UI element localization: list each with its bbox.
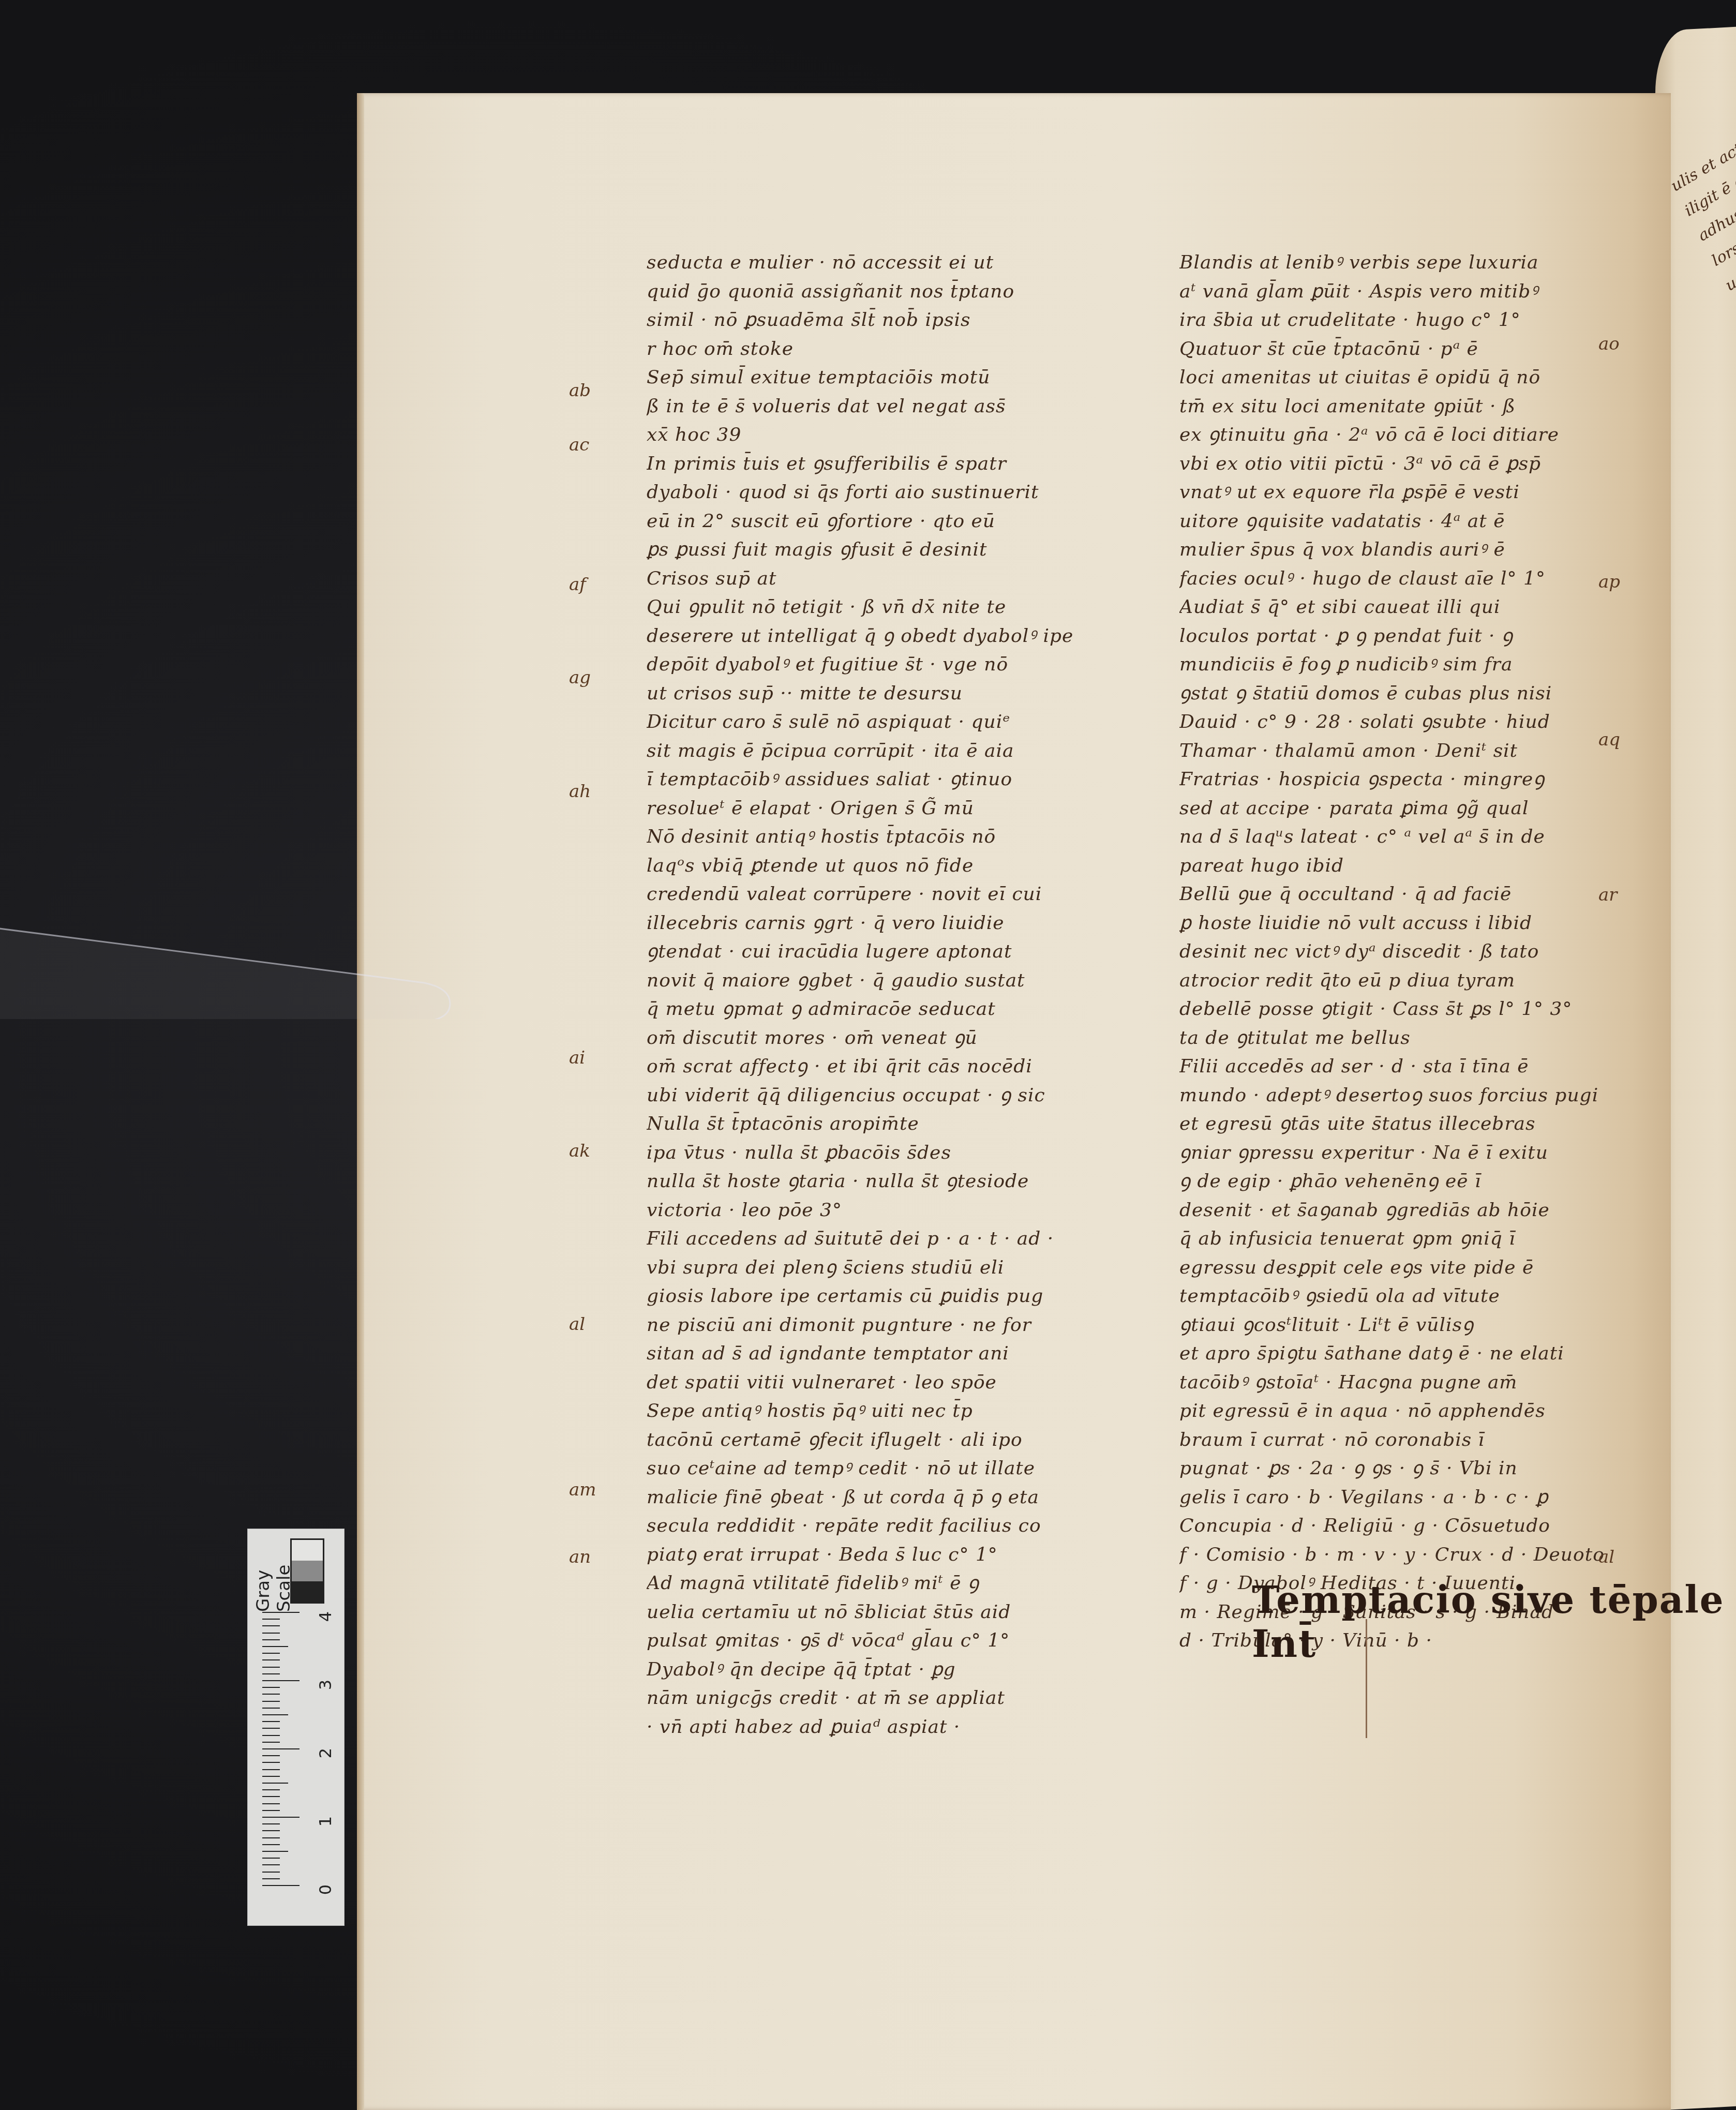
text-line: dyaboli · quod si q̄s forti aio sustinue… bbox=[647, 478, 1091, 507]
text-line: q̄ metu ꝯpmat ꝯ admiracōe seducat bbox=[647, 995, 1091, 1024]
text-line: sed at accipe · parata ꝑima ꝯg̃ qual bbox=[1179, 794, 1604, 823]
text-line: f · Comisio · b · m · v · y · Crux · d ·… bbox=[1179, 1540, 1604, 1569]
ruler-tick bbox=[262, 1858, 280, 1859]
ruler-tick bbox=[262, 1837, 280, 1838]
text-line: vbi supra dei plenꝯ s̄ciens studiū eli bbox=[647, 1253, 1091, 1282]
margin-foliation-left: ac bbox=[569, 435, 589, 455]
text-line: aᵗ vanā gl̄am ꝑūit · Aspis vero mitibꝰ bbox=[1179, 277, 1604, 306]
swatch-white bbox=[292, 1540, 323, 1561]
text-line: temptacōibꝰ ꝯsiedū ola ad vītute bbox=[1179, 1282, 1604, 1311]
text-line: Dyabolꝰ q̄n decipe q̄q̄ t̄ptat · ꝑg bbox=[647, 1655, 1091, 1684]
ruler-tick bbox=[262, 1769, 280, 1770]
text-line: · vn̄ apti habez ad ꝑuiaᵈ aspiat · bbox=[647, 1713, 1091, 1742]
text-line: eū in 2° suscit eū ꝯfortiore · qto eū bbox=[647, 507, 1091, 536]
decorative-flourish bbox=[1366, 1619, 1367, 1738]
ruler-number: 3 bbox=[316, 1680, 335, 1690]
ruler-tick bbox=[262, 1803, 280, 1804]
ruler-tick bbox=[262, 1667, 280, 1668]
text-line: mundiciis ē foꝯ ꝑ nudicibꝰ sim fra bbox=[1179, 650, 1604, 679]
ruler-tick bbox=[262, 1680, 300, 1681]
text-line: r hoc om̄ stoke bbox=[647, 335, 1091, 364]
text-line: et apro s̄pi​ꝯtu s̄athane datꝯ ē · ne el… bbox=[1179, 1339, 1604, 1368]
ruler-tick bbox=[262, 1659, 280, 1660]
ruler-tick bbox=[262, 1728, 280, 1729]
text-line: mundo · adeptꝰ desertoꝯ suos forcius pug… bbox=[1179, 1081, 1604, 1110]
text-line: om̄ discutit mores · om̄ veneat ꝯū bbox=[647, 1024, 1091, 1053]
ruler-number: 0 bbox=[316, 1884, 335, 1895]
text-line: sitan ad s̄ ad igndante temptator ani bbox=[647, 1339, 1091, 1368]
explicit-heading: Temptacio sive tēpale Int̄ bbox=[1252, 1578, 1736, 1666]
text-line: suo ceᵗaine ad tempꝰ cedit · nō ut illat… bbox=[647, 1454, 1091, 1483]
text-line: nām unigcḡs credit · at m̄ se appliat bbox=[647, 1684, 1091, 1713]
ruler-tick bbox=[262, 1646, 288, 1647]
text-line: Bellū ꝯue q̄ occultand · q̄ ad faciē bbox=[1179, 880, 1604, 909]
margin-foliation-right: ap bbox=[1598, 572, 1620, 592]
text-line: loci amenitas ut ciuitas ē opidū q̄ nō bbox=[1179, 363, 1604, 392]
text-line: facies oculꝰ · hugo de claust aīe l° 1° bbox=[1179, 564, 1604, 593]
ruler-label: Gray Scale bbox=[253, 1539, 284, 1612]
text-line: desenit · et s̄aꝯanab ꝯgrediās ab hōie bbox=[1179, 1196, 1604, 1225]
text-line: tacōnū certamē ꝯfecit iflugelt · ali ipo bbox=[647, 1426, 1091, 1455]
text-line: Crisos sup̄ at bbox=[647, 564, 1091, 593]
text-line: pareat hugo ibid bbox=[1179, 851, 1604, 880]
text-line: ubi viderit q̄q̄ diligencius occupat · ꝯ… bbox=[647, 1081, 1091, 1110]
ruler-tick bbox=[262, 1823, 280, 1824]
text-line: ꝑs ꝑussi fuit magis ꝯfusit ē desinit bbox=[647, 535, 1091, 564]
text-line: ꝯstat ꝯ s̄tatiū domos ē cubas plus nisi bbox=[1179, 679, 1604, 708]
gray-scale-ruler: Gray Scale 01234 bbox=[247, 1529, 345, 1926]
margin-foliation-left: ak bbox=[569, 1141, 590, 1161]
margin-foliation-left: am bbox=[569, 1479, 596, 1500]
text-line: na d s̄ laqᵘs lateat · c° ᵃ vel aᵃ s̄ in… bbox=[1179, 822, 1604, 851]
text-line: om̄ scrat affectꝯ · et ibi q̄rit cās noc… bbox=[647, 1052, 1091, 1081]
ruler-tick bbox=[262, 1776, 280, 1777]
text-line: ꝯtendat · cui iracūdia lugere aptonat bbox=[647, 937, 1091, 966]
ruler-tick bbox=[262, 1755, 280, 1756]
text-line: Filii accedēs ad ser · d · sta ī tīna ē bbox=[1179, 1052, 1604, 1081]
text-line: deserere ut intelligat q̄ ꝯ obedt dyabol… bbox=[647, 622, 1091, 651]
text-line: ta de ꝯtitulat me bellus bbox=[1179, 1024, 1604, 1053]
text-line: nulla s̄t hoste ꝯtaria · nulla s̄t ꝯtesi… bbox=[647, 1167, 1091, 1196]
ruler-tick bbox=[262, 1872, 280, 1873]
margin-foliation-left: an bbox=[569, 1547, 591, 1567]
text-line: tm̄ ex situ loci amenitate ꝯpiūt · ß bbox=[1179, 392, 1604, 421]
ruler-tick bbox=[262, 1639, 280, 1640]
text-line: Nulla s̄t t̄ptacōnis aropim̄te bbox=[647, 1110, 1091, 1139]
ruler-tick bbox=[262, 1619, 280, 1620]
ruler-tick bbox=[262, 1735, 280, 1736]
ruler-tick bbox=[262, 1789, 280, 1790]
text-line: ex ꝯtinuitu gn̄a · 2ᵃ vō cā ē loci ditia… bbox=[1179, 421, 1604, 450]
text-line: illecebris carnis ꝯgrt · q̄ vero liuidie bbox=[647, 909, 1091, 938]
text-line: Ad magnā vtilitatē fidelibꝰ miᵗ ē ꝯ bbox=[647, 1569, 1091, 1598]
ruler-tick bbox=[262, 1885, 300, 1886]
margin-foliation-left: af bbox=[569, 574, 586, 595]
text-line: egressu desꝑpit cele eꝯs vite pide ē bbox=[1179, 1253, 1604, 1282]
page-edge bbox=[357, 93, 364, 2110]
swatch-gray bbox=[292, 1561, 323, 1581]
text-line: In primis t̄uis et ꝯsuffe​ribilis ē spat… bbox=[647, 450, 1091, 478]
text-line: uitore ꝯquisite vadatatis · 4ᵃ at ē bbox=[1179, 507, 1604, 536]
text-line: ꝯniar ꝯpressu experitur · Na ē ī exitu bbox=[1179, 1139, 1604, 1168]
ruler-tick bbox=[262, 1701, 280, 1702]
ruler-tick bbox=[262, 1817, 300, 1818]
right-text-column: Blandis at lenibꝰ verbis sepe luxuriaaᵗ … bbox=[1179, 248, 1604, 1655]
facing-page-text: ulis et actha hoc niligit ē amā bonāadhu… bbox=[1666, 127, 1736, 374]
text-line: piatꝯ erat irrupat · Beda s̄ luc c° 1° bbox=[647, 1540, 1091, 1569]
text-line: ipa v̄tus · nulla s̄t ꝑbacōis s̄des bbox=[647, 1139, 1091, 1168]
text-line: braum ī currat · nō coronabis ī bbox=[1179, 1426, 1604, 1455]
ruler-tick bbox=[262, 1714, 288, 1715]
text-line: Sepe antiqꝰ hostis p̄qꝰ uiti nec t̄p bbox=[647, 1397, 1091, 1426]
text-line: vbi ex otio vitii pīctū · 3ᵃ vō cā ē ꝑsp… bbox=[1179, 450, 1604, 478]
text-line: sit magis ē p̄cipua corrūpit · ita ē aia bbox=[647, 737, 1091, 766]
text-line: atrocior redit q̄to eū p diua tyram bbox=[1179, 966, 1604, 995]
text-line: laqᵒs vbiq̄ ꝑtende ut quos nō fide bbox=[647, 851, 1091, 880]
text-line: ira s̄bia ut crudelitate · hugo c° 1° bbox=[1179, 306, 1604, 335]
text-line: Nō desinit antiqꝰ hostis t̄ptacōis nō bbox=[647, 822, 1091, 851]
ruler-tick bbox=[262, 1878, 280, 1879]
gray-swatches bbox=[290, 1538, 324, 1604]
ruler-tick bbox=[262, 1796, 280, 1797]
ruler-number: 4 bbox=[316, 1611, 335, 1622]
text-line: q̄ ab infusicia tenuerat ꝯpm ꝯniq̄ ī bbox=[1179, 1224, 1604, 1253]
margin-foliation-right: aq bbox=[1598, 729, 1620, 750]
margin-foliation-right: ar bbox=[1598, 885, 1618, 905]
text-line: secula reddidit · repāte redit facilius … bbox=[647, 1512, 1091, 1540]
text-line: quid ḡo quoniā assigñanit nos t̄ptano bbox=[647, 277, 1091, 306]
text-line: pit egressū ē in aqua · nō apphendēs bbox=[1179, 1397, 1604, 1426]
swatch-black bbox=[292, 1581, 323, 1602]
text-line: seducta e mulier · nō acce​ssit ei ut bbox=[647, 248, 1091, 277]
text-line: uelia certamīu ut nō s̄bliciat s̄tūs aid bbox=[647, 1598, 1091, 1627]
text-line: ī temptacōibꝰ assidue​s saliat · ꝯtinuo bbox=[647, 765, 1091, 794]
ruler-tick bbox=[262, 1721, 280, 1722]
margin-foliation-left: ag bbox=[569, 667, 591, 688]
text-line: Blandis at lenibꝰ verbis sepe luxuria bbox=[1179, 248, 1604, 277]
text-line: vnatꝰ ut ex equore r̄la ꝑsp̄ē ē vesti bbox=[1179, 478, 1604, 507]
text-line: ß in te ē s̄ volueris dat vel negat ass̄ bbox=[647, 392, 1091, 421]
text-line: debellē posse ꝯtigit · Cass s̄t ꝑs l° 1°… bbox=[1179, 995, 1604, 1024]
margin-foliation-right: al bbox=[1598, 1547, 1614, 1567]
ruler-tick bbox=[262, 1694, 280, 1695]
text-line: ꝯtiaui ꝯco​sᵗlituit · Liᵗt ē vūlisꝯ bbox=[1179, 1311, 1604, 1340]
ruler-tick bbox=[262, 1748, 300, 1749]
text-line: Quatuor s̄t cūe t̄ptacōnū · pᵃ ē bbox=[1179, 335, 1604, 364]
ruler-tick bbox=[262, 1673, 280, 1674]
text-line: gelis ī caro · b · Vegilans · a · b · c … bbox=[1179, 1483, 1604, 1512]
text-line: tacōibꝰ ꝯstoīaᵗ · Hacꝯna pugne am̄ bbox=[1179, 1368, 1604, 1397]
text-line: desinit nec victꝰ dyᵃ discedit · ß tato bbox=[1179, 937, 1604, 966]
text-line: det spatii vitii vulneraret · leo spōe bbox=[647, 1368, 1091, 1397]
text-line: Concupia · d · Religiū · g · Cōsuetudo bbox=[1179, 1512, 1604, 1540]
ruler-tick bbox=[262, 1687, 280, 1688]
margin-foliation-left: ai bbox=[569, 1047, 585, 1068]
text-line: ꝑ hoste liuidie nō vult accuss i libid bbox=[1179, 909, 1604, 938]
ruler-number: 2 bbox=[316, 1748, 335, 1758]
text-line: pugnat · ꝑs · 2a · ꝯ ꝯs · ꝯ s̄ · Vbi in bbox=[1179, 1454, 1604, 1483]
text-line: depōit dyabolꝰ et fugitiue s̄t · vge nō bbox=[647, 650, 1091, 679]
text-line: loculos portat · ꝑ ꝯ pendat fuit · ꝯ bbox=[1179, 622, 1604, 651]
ruler-tick bbox=[262, 1708, 280, 1709]
ruler-tick bbox=[262, 1742, 280, 1743]
plastic-page-holder bbox=[0, 916, 466, 1019]
text-line: giosis labore ipe certamis cū ꝑuidis pug bbox=[647, 1282, 1091, 1311]
text-line: Dauid · c° 9 · 28 · solati ꝯsubte · hiud bbox=[1179, 708, 1604, 737]
ruler-number: 1 bbox=[316, 1816, 335, 1827]
text-line: Audiat s̄ q̄° et sibi caueat illi qui bbox=[1179, 593, 1604, 622]
margin-foliation-left: ab bbox=[569, 380, 591, 401]
ruler-tick bbox=[262, 1844, 280, 1845]
text-line: credendū valeat corrūpere · novit eī cui bbox=[647, 880, 1091, 909]
margin-foliation-left: al bbox=[569, 1314, 585, 1335]
text-line: Fili accedens ad s̄uitutē dei p · a · t … bbox=[647, 1224, 1091, 1253]
margin-foliation-right: ao bbox=[1598, 334, 1620, 354]
ruler-tick bbox=[262, 1633, 280, 1634]
ruler-tick bbox=[262, 1851, 288, 1852]
text-line: Fratrias · hospicia ꝯspecta · mingreꝯ bbox=[1179, 765, 1604, 794]
ruler-tick bbox=[262, 1653, 280, 1654]
margin-foliation-left: ah bbox=[569, 781, 591, 802]
text-line: malicie finē ꝯbeat · ß ut corda q̄ p̄ ꝯ … bbox=[647, 1483, 1091, 1512]
text-line: ne pisciū ani dimonit pugnture · ne for bbox=[647, 1311, 1091, 1340]
text-line: mulier s̄pus q̄ vox blandis auriꝰ ē bbox=[1179, 535, 1604, 564]
text-line: et egresū ꝯtās uite s̄tatus illecebras bbox=[1179, 1110, 1604, 1139]
ruler-tick bbox=[262, 1830, 280, 1831]
text-line: novit q̄ maiore ꝯgbet · q̄ gaudio sustat bbox=[647, 966, 1091, 995]
ruler-tick bbox=[262, 1783, 288, 1784]
ruler-tick bbox=[262, 1762, 280, 1763]
left-text-column: seducta e mulier · nō acce​ssit ei utqui… bbox=[647, 248, 1091, 1741]
ruler-tick bbox=[262, 1864, 280, 1865]
text-line: pulsat ꝯmitas · ꝯs̄ dᵗ vōcaᵈ gl̄au c° 1° bbox=[647, 1626, 1091, 1655]
ruler-tick bbox=[262, 1625, 280, 1626]
text-line: ut crisos sup̄ ·· mitte te desursu bbox=[647, 679, 1091, 708]
text-line: victoria · leo pōe 3° bbox=[647, 1196, 1091, 1225]
ruler-tick bbox=[262, 1612, 300, 1613]
text-line: Sep̄ simul̄ exitue temptaciōis motū bbox=[647, 363, 1091, 392]
ruler-tick bbox=[262, 1810, 280, 1811]
text-line: Qui ꝯpulit nō tetigit · ß vn̄ dx̄ nite t… bbox=[647, 593, 1091, 622]
explicit-text: Temptacio sive tēpale Int̄ bbox=[1252, 1578, 1725, 1666]
text-line: Thamar · thalamū amon · Deniᵗ sit bbox=[1179, 737, 1604, 766]
text-line: xx̄ hoc 39 bbox=[647, 421, 1091, 450]
text-line: resolueᵗ ē elapat · Origen s̄ G̃ mū bbox=[647, 794, 1091, 823]
text-line: ꝯ de egip · ꝑhāo vehenēnꝯ eē ī bbox=[1179, 1167, 1604, 1196]
text-line: Dicitur caro s̄ sulē nō aspiquat · quiᵉ bbox=[647, 708, 1091, 737]
text-line: simil · nō ꝑsuadēma s̄lt̄ nob̄ ipsis bbox=[647, 306, 1091, 335]
